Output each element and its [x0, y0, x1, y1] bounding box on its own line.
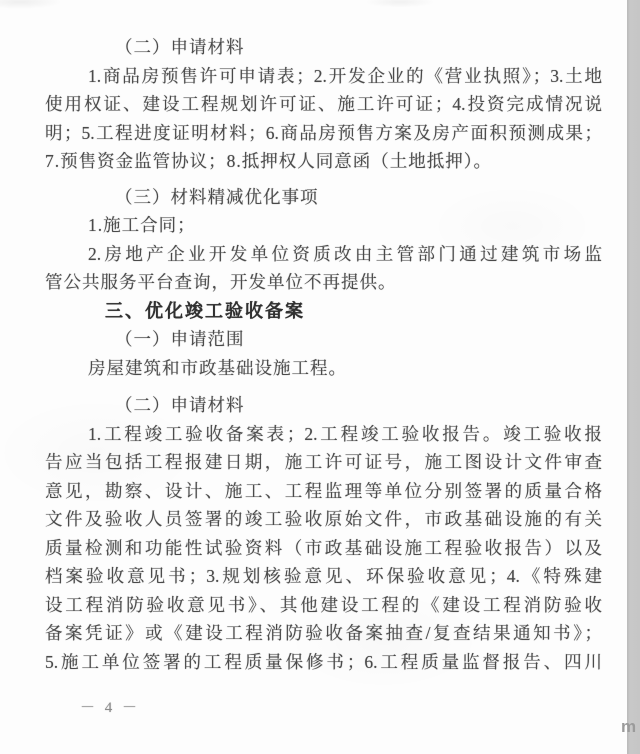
document-line: 明；5.工程进度证明材料；6.商品房预售方案及房产面积预测成果； [45, 119, 602, 148]
section-heading: 三、优化竣工验收备案 [45, 297, 602, 326]
document-line: 1.施工合同； [45, 211, 602, 240]
document-line: 告应当包括工程报建日期，施工许可证号，施工图设计文件审查 [45, 448, 602, 477]
document-line: 意见，勘察、设计、施工、工程监理等单位分别签署的质量合格 [45, 477, 602, 506]
document-line: 2.房地产企业开发单位资质改由主管部门通过建筑市场监 [45, 240, 602, 269]
page-number: － 4 － [80, 696, 140, 717]
watermark-text-fragment: m [621, 717, 636, 737]
subsection-heading: （二）申请材料 [45, 33, 602, 62]
scanned-document-page: （二）申请材料 1.商品房预售许可申请表；2.开发企业的《营业执照》；3.土地 … [0, 0, 640, 754]
document-line: 房屋建筑和市政基础设施工程。 [45, 354, 602, 383]
document-line: 5.施工单位签署的工程质量保修书；6.工程质量监督报告、四川 [45, 648, 602, 677]
subsection-heading: （三）材料精减优化事项 [45, 183, 602, 212]
subsection-heading: （二）申请材料 [45, 391, 602, 420]
document-text-block: （二）申请材料 1.商品房预售许可申请表；2.开发企业的《营业执照》；3.土地 … [45, 33, 602, 676]
subsection-heading: （一）申请范围 [45, 325, 602, 354]
document-line: 质量检测和功能性试验资料（市政基础设施工程验收报告）以及 [45, 534, 602, 563]
document-line: 备案凭证》或《建设工程消防验收备案抽查/复查结果通知书》； [45, 619, 602, 648]
document-line: 文件及验收人员签署的竣工验收原始文件，市政基础设施的有关 [45, 505, 602, 534]
document-line: 档案验收意见书；3.规划核验意见、环保验收意见；4.《特殊建 [45, 562, 602, 591]
document-line: 1.商品房预售许可申请表；2.开发企业的《营业执照》；3.土地 [45, 62, 602, 91]
document-line: 使用权证、建设工程规划许可证、施工许可证；4.投资完成情况说 [45, 90, 602, 119]
scan-edge-strip [627, 0, 640, 754]
document-line: 1.工程竣工验收备案表；2.工程竣工验收报告。竣工验收报 [45, 420, 602, 449]
document-line: 设工程消防验收意见书》、其他建设工程的《建设工程消防验收 [45, 591, 602, 620]
document-line: 7.预售资金监管协议；8.抵押权人同意函（土地抵押）。 [45, 147, 602, 176]
document-line: 管公共服务平台查询，开发单位不再提供。 [45, 268, 602, 297]
